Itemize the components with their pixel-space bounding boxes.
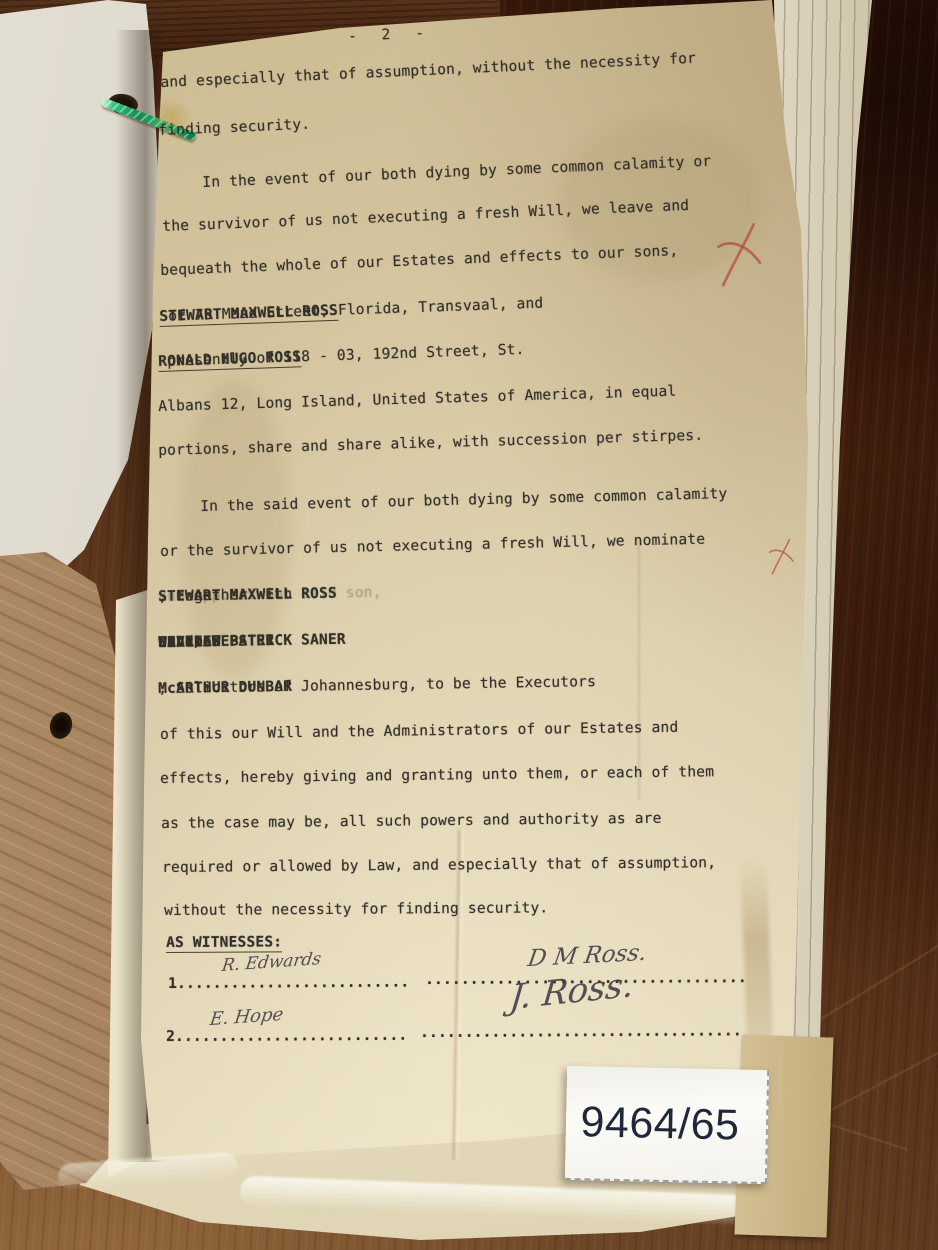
archive-label: 9464/65 (565, 1066, 769, 1184)
red-x-mark (766, 536, 798, 577)
archive-label-text: 9464/65 (559, 1066, 761, 1182)
photo-canvas: - 2 - and especially that of assumption,… (0, 0, 938, 1250)
red-x-mark (712, 218, 768, 290)
